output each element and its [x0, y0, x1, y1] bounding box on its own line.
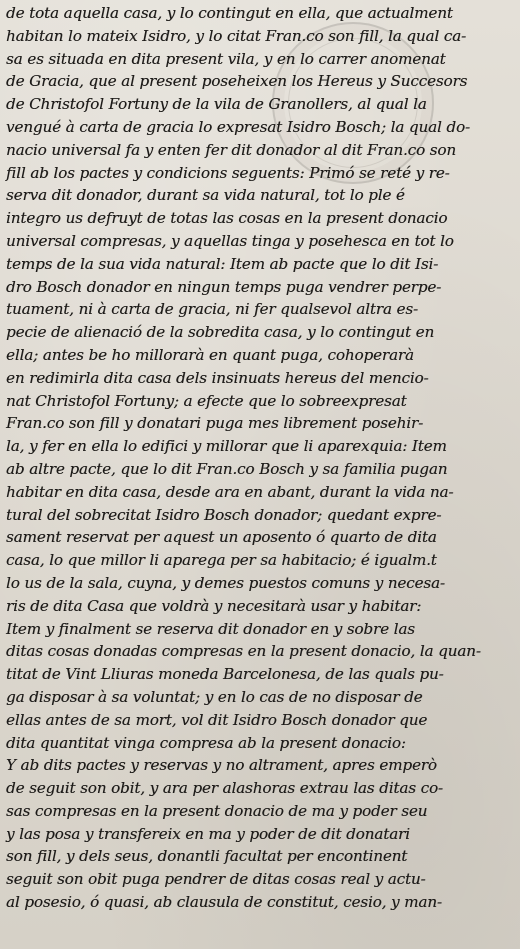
manuscript-line: habitan lo mateix Isidro, y lo citat Fra…: [6, 25, 518, 48]
manuscript-page: de tota aquella casa, y lo contingut en …: [0, 0, 520, 949]
manuscript-line: serva dit donador, durant sa vida natura…: [6, 184, 518, 207]
manuscript-line: ris de dita Casa que voldrà y necesitarà…: [6, 595, 518, 618]
manuscript-line: tuament, ni à carta de gracia, ni fer qu…: [6, 298, 518, 321]
manuscript-line: de seguit son obit, y ara per alashoras …: [6, 777, 518, 800]
manuscript-line: sas compresas en la present donacio de m…: [6, 800, 518, 823]
manuscript-text: de tota aquella casa, y lo contingut en …: [6, 2, 518, 914]
manuscript-line: al posesio, ó quasi, ab clausula de cons…: [6, 891, 518, 914]
manuscript-line: y las posa y transfereix en ma y poder d…: [6, 823, 518, 846]
manuscript-line: de Gracia, que al present poseheixen los…: [6, 70, 518, 93]
manuscript-line: ella; antes be ho millorarà en quant pug…: [6, 344, 518, 367]
manuscript-line: tural del sobrecitat Isidro Bosch donado…: [6, 504, 518, 527]
manuscript-line: de tota aquella casa, y lo contingut en …: [6, 2, 518, 25]
manuscript-line: ellas antes de sa mort, vol dit Isidro B…: [6, 709, 518, 732]
manuscript-line: nat Christofol Fortuny; a efecte que lo …: [6, 390, 518, 413]
manuscript-line: habitar en dita casa, desde ara en abant…: [6, 481, 518, 504]
manuscript-line: universal compresas, y aquellas tinga y …: [6, 230, 518, 253]
manuscript-line: dita quantitat vinga compresa ab la pres…: [6, 732, 518, 755]
manuscript-line: vengué à carta de gracia lo expresat Isi…: [6, 116, 518, 139]
manuscript-line: pecie de alienació de la sobredita casa,…: [6, 321, 518, 344]
manuscript-line: sament reservat per aquest un aposento ó…: [6, 526, 518, 549]
manuscript-line: de Christofol Fortuny de la vila de Gran…: [6, 93, 518, 116]
manuscript-line: fill ab los pactes y condicions seguents…: [6, 162, 518, 185]
manuscript-line: nacio universal fa y enten fer dit donad…: [6, 139, 518, 162]
manuscript-line: titat de Vint Lliuras moneda Barcelonesa…: [6, 663, 518, 686]
manuscript-line: Fran.co son fill y donatari puga mes lib…: [6, 412, 518, 435]
manuscript-line: Y ab dits pactes y reservas y no altrame…: [6, 754, 518, 777]
manuscript-line: seguit son obit puga pendrer de ditas co…: [6, 868, 518, 891]
manuscript-line: dro Bosch donador en ningun temps puga v…: [6, 276, 518, 299]
manuscript-line: ab altre pacte, que lo dit Fran.co Bosch…: [6, 458, 518, 481]
manuscript-line: ga disposar à sa voluntat; y en lo cas d…: [6, 686, 518, 709]
manuscript-line: la, y fer en ella lo edifici y millorar …: [6, 435, 518, 458]
manuscript-line: sa es situada en dita present vila, y en…: [6, 48, 518, 71]
manuscript-line: lo us de la sala, cuyna, y demes puestos…: [6, 572, 518, 595]
manuscript-line: ditas cosas donadas compresas en la pres…: [6, 640, 518, 663]
manuscript-line: casa, lo que millor li aparega per sa ha…: [6, 549, 518, 572]
manuscript-line: integro us defruyt de totas las cosas en…: [6, 207, 518, 230]
manuscript-line: temps de la sua vida natural: Item ab pa…: [6, 253, 518, 276]
manuscript-line: en redimirla dita casa dels insinuats he…: [6, 367, 518, 390]
manuscript-line: Item y finalment se reserva dit donador …: [6, 618, 518, 641]
manuscript-line: son fill, y dels seus, donantli facultat…: [6, 845, 518, 868]
